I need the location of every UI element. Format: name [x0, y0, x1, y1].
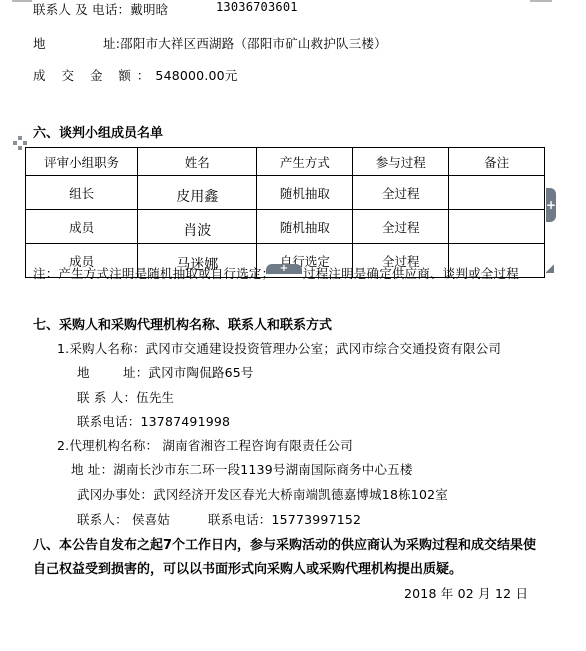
table-resize-handle[interactable] [546, 265, 554, 273]
purchaser-address-value: 武冈市陶侃路65号 [148, 365, 253, 380]
header-note: 备注 [449, 148, 545, 176]
amount-label: 成 交 金 额： [33, 68, 155, 83]
section7-heading: 七、采购人和采购代理机构名称、联系人和联系方式 [33, 314, 332, 333]
add-row-button[interactable]: + [266, 264, 302, 274]
contact-name: 戴明晗 [130, 2, 168, 17]
page-corner-mark-right [530, 0, 552, 2]
contact-label: 联系人 及 电话： [33, 2, 130, 17]
section6-heading: 六、谈判小组成员名单 [33, 122, 163, 141]
cell-method[interactable]: 随机抽取 [257, 210, 353, 244]
header-process: 参与过程 [353, 148, 449, 176]
table-note-part1: 注：产生方式注明是随机抽取或自行选定； [33, 264, 274, 282]
address-value: 邵阳市大祥区西湖路（邵阳市矿山救护队三楼） [120, 36, 387, 51]
purchaser-address: 址：武冈市陶侃路65号 [123, 363, 254, 381]
cell-name[interactable]: 皮用鑫 [138, 176, 257, 210]
purchaser-contact: 联 系 人：伍先生 [77, 388, 174, 406]
table-header-row: 评审小组职务 姓名 产生方式 参与过程 备注 [26, 148, 545, 176]
purchaser-phone: 联系电话：13787491998 [77, 412, 230, 430]
header-method: 产生方式 [257, 148, 353, 176]
amount-line: 成 交 金 额：548000.00元 [33, 66, 238, 84]
agency-phone: 联系电话：15773997152 [208, 510, 361, 528]
section8-line2: 自己权益受到损害的，可以以书面形式向采购人或采购代理机构提出质疑。 [33, 558, 462, 577]
plus-icon: + [280, 263, 288, 274]
agency-contact: 联系人： 侯喜姑 [77, 510, 170, 528]
cell-note[interactable] [449, 176, 545, 210]
agency-address: 地 址：湖南长沙市东二环一段1139号湖南国际商务中心五楼 [71, 460, 413, 478]
add-column-button[interactable]: + [546, 188, 556, 222]
agency-office: 武冈办事处：武冈经济开发区春光大桥南端凯德嘉博城18栋102室 [77, 485, 448, 503]
address-line: 址:邵阳市大祥区西湖路（邵阳市矿山救护队三楼） [103, 34, 387, 52]
table-row: 成员 肖波 随机抽取 全过程 [26, 210, 545, 244]
header-name: 姓名 [138, 148, 257, 176]
negotiation-team-table: 评审小组职务 姓名 产生方式 参与过程 备注 组长 皮用鑫 随机抽取 全过程 成… [25, 147, 545, 278]
cell-method[interactable]: 随机抽取 [257, 176, 353, 210]
purchaser-name: 1.采购人名称：武冈市交通建设投资管理办公室；武冈市综合交通投资有限公司 [57, 339, 501, 357]
cell-process[interactable]: 全过程 [353, 176, 449, 210]
cell-note[interactable] [449, 210, 545, 244]
purchaser-address-label: 址： [123, 365, 148, 380]
cell-name[interactable]: 肖波 [138, 210, 257, 244]
agency-name: 2.代理机构名称： 湖南省湘咨工程咨询有限责任公司 [57, 436, 353, 454]
contact-line: 联系人 及 电话：戴明晗 [33, 0, 168, 18]
cell-process[interactable]: 全过程 [353, 210, 449, 244]
purchaser-address-label-left: 地 [77, 363, 90, 381]
cell-role[interactable]: 组长 [26, 176, 138, 210]
address-label: 址: [103, 36, 120, 51]
header-role: 评审小组职务 [26, 148, 138, 176]
address-label-left: 地 [33, 34, 46, 52]
table-row: 组长 皮用鑫 随机抽取 全过程 [26, 176, 545, 210]
plus-icon: + [546, 198, 556, 212]
table-note-part2: 过程注明是确定供应商、谈判或全过程 [303, 264, 519, 282]
section8-line1: 八、本公告自发布之起7个工作日内，参与采购活动的供应商认为采购过程和成交结果使 [33, 534, 536, 553]
announcement-date: 2018 年 02 月 12 日 [404, 584, 528, 602]
contact-phone: 13036703601 [216, 0, 298, 14]
amount-value: 548000.00元 [155, 68, 237, 83]
page-corner-mark-left [12, 0, 32, 2]
cell-role[interactable]: 成员 [26, 210, 138, 244]
